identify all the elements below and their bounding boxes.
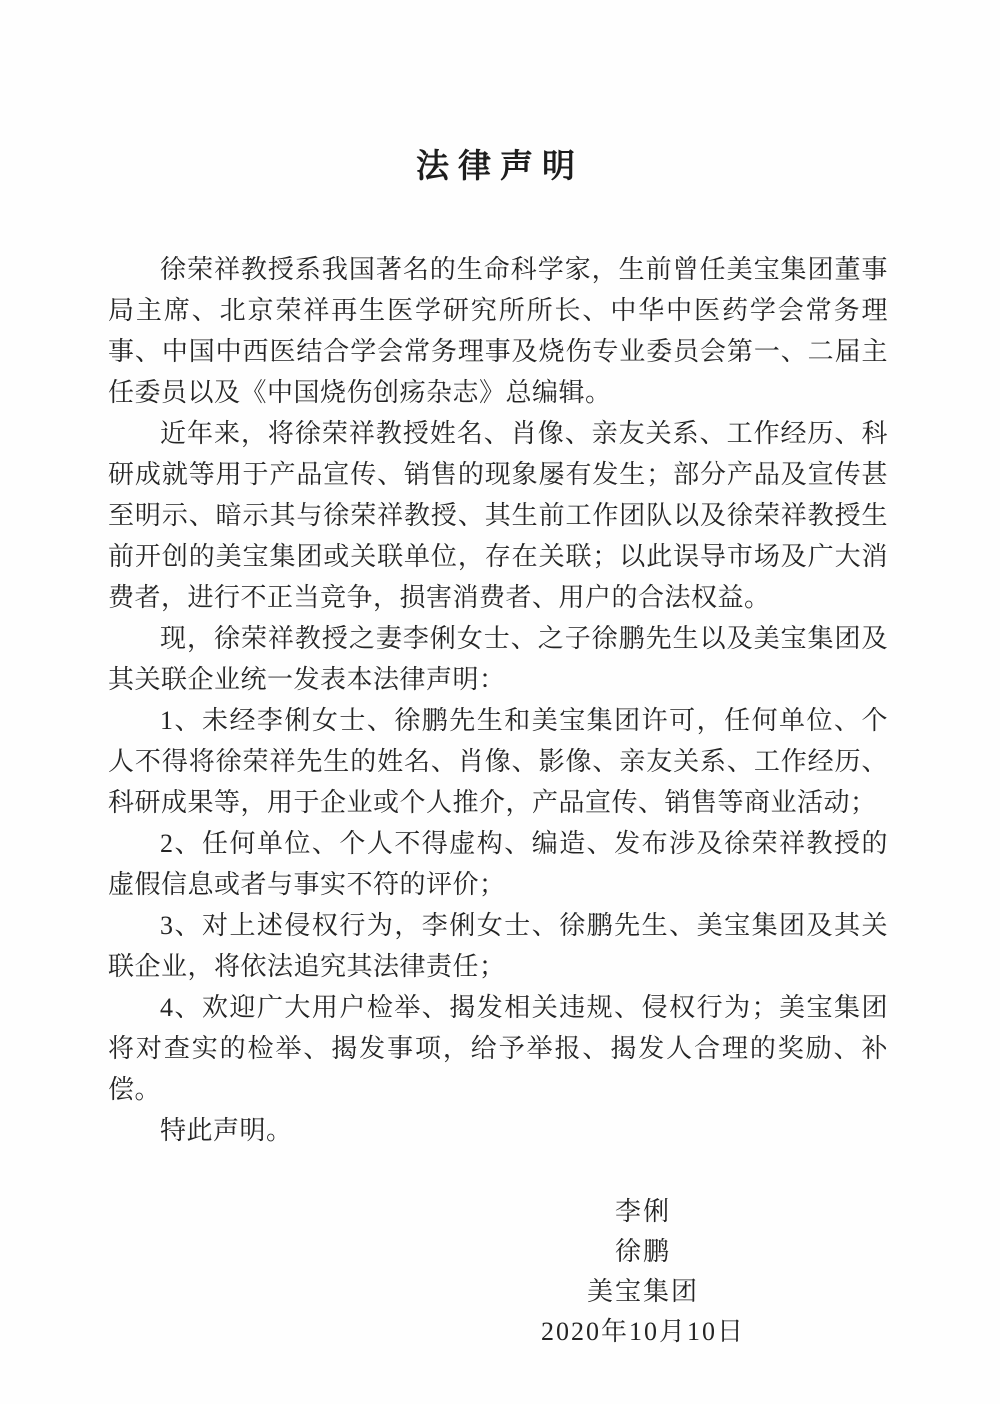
signature-block: 李俐 徐鹏 美宝集团 2020年10月10日 xyxy=(253,1192,1000,1352)
paragraph-professor-intro: 徐荣祥教授系我国著名的生命科学家，生前曾任美宝集团董事局主席、北京荣祥再生医学研… xyxy=(108,249,888,413)
closing-statement: 特此声明。 xyxy=(108,1110,888,1151)
paragraph-infringement-background: 近年来，将徐荣祥教授姓名、肖像、亲友关系、工作经历、科研成就等用于产品宣传、销售… xyxy=(108,413,888,618)
statement-item-3: 3、对上述侵权行为，李俐女士、徐鹏先生、美宝集团及其关联企业，将依法追究其法律责… xyxy=(108,905,888,987)
paragraph-declaration-lead: 现，徐荣祥教授之妻李俐女士、之子徐鹏先生以及美宝集团及其关联企业统一发表本法律声… xyxy=(108,618,888,700)
signer-name-li-li: 李俐 xyxy=(253,1192,1000,1232)
signature-date: 2020年10月10日 xyxy=(253,1312,1000,1352)
statement-item-1: 1、未经李俐女士、徐鹏先生和美宝集团许可，任何单位、个人不得将徐荣祥先生的姓名、… xyxy=(108,700,888,823)
statement-item-2: 2、任何单位、个人不得虚构、编造、发布涉及徐荣祥教授的虚假信息或者与事实不符的评… xyxy=(108,823,888,905)
signer-name-xu-peng: 徐鹏 xyxy=(253,1232,1000,1272)
legal-statement-page: 法律声明 徐荣祥教授系我国著名的生命科学家，生前曾任美宝集团董事局主席、北京荣祥… xyxy=(0,0,1000,1404)
document-title: 法律声明 xyxy=(0,0,1000,187)
signer-name-mebo-group: 美宝集团 xyxy=(253,1272,1000,1312)
document-body: 徐荣祥教授系我国著名的生命科学家，生前曾任美宝集团董事局主席、北京荣祥再生医学研… xyxy=(108,249,888,1352)
statement-item-4: 4、欢迎广大用户检举、揭发相关违规、侵权行为；美宝集团将对查实的检举、揭发事项，… xyxy=(108,987,888,1110)
